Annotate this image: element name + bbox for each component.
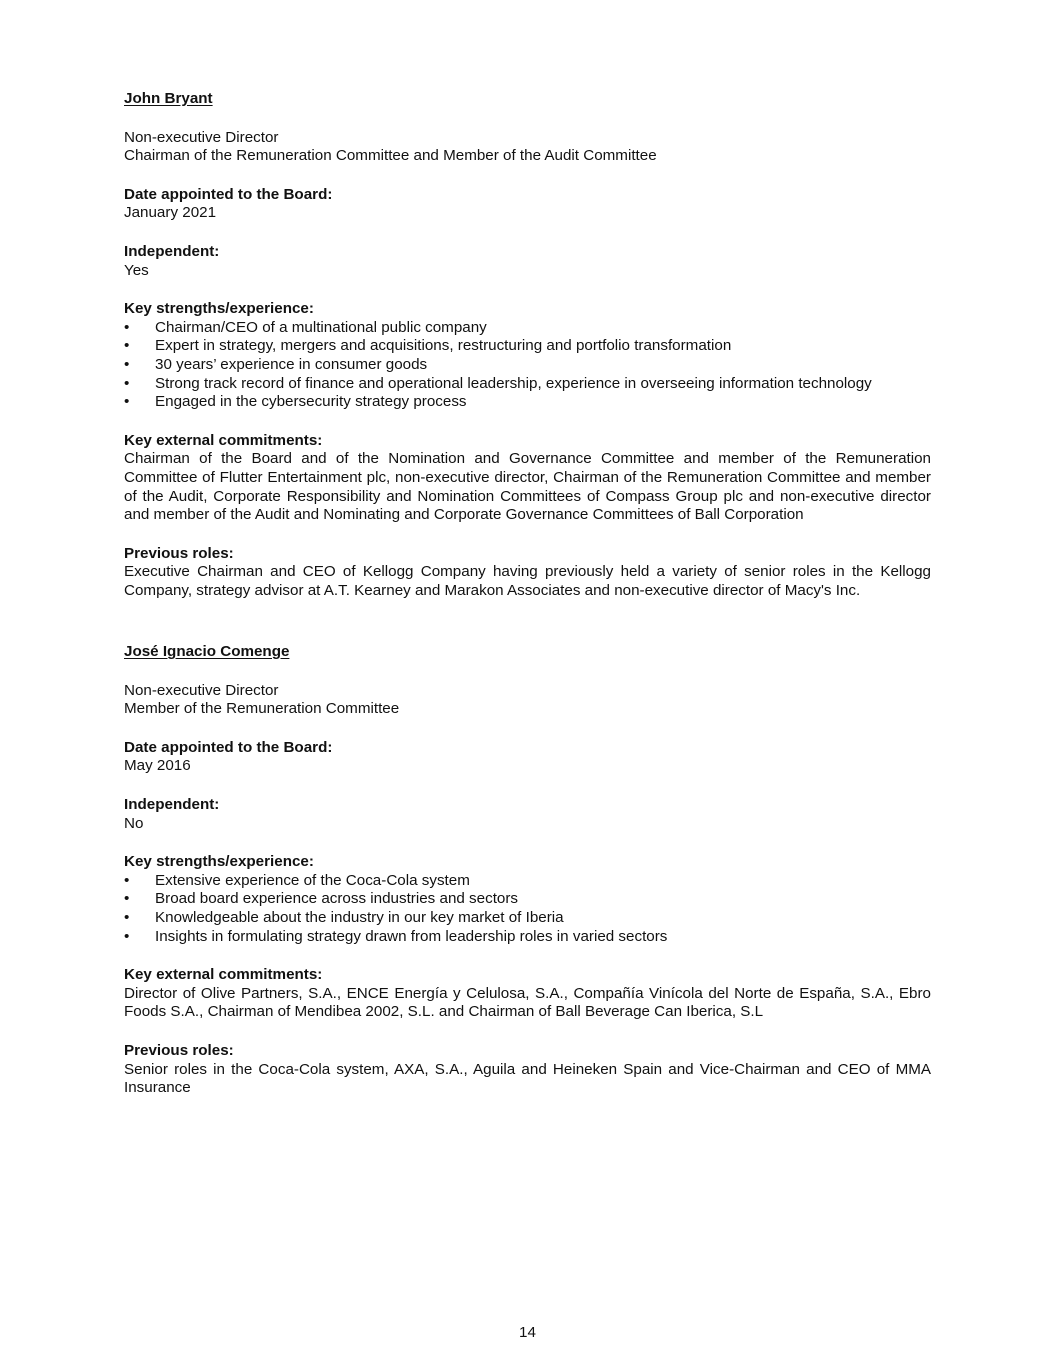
bullet-icon: • xyxy=(124,337,129,356)
list-item-text: Chairman/CEO of a multinational public c… xyxy=(155,319,487,336)
bullet-icon: • xyxy=(124,375,129,394)
bullet-icon: • xyxy=(124,909,129,928)
bullet-icon: • xyxy=(124,872,129,891)
independent-label: Independent: xyxy=(124,243,931,262)
previous-roles-text: Senior roles in the Coca-Cola system, AX… xyxy=(124,1061,931,1098)
list-item: •Chairman/CEO of a multinational public … xyxy=(124,319,931,338)
list-item: •Knowledgeable about the industry in our… xyxy=(124,909,931,928)
previous-roles-label: Previous roles: xyxy=(124,545,931,564)
list-item-text: Strong track record of finance and opera… xyxy=(155,375,872,392)
bullet-icon: • xyxy=(124,890,129,909)
independent-label: Independent: xyxy=(124,796,931,815)
list-item: •Engaged in the cybersecurity strategy p… xyxy=(124,393,931,412)
list-item: •Insights in formulating strategy drawn … xyxy=(124,928,931,947)
list-item-text: Broad board experience across industries… xyxy=(155,890,518,907)
list-item-text: Knowledgeable about the industry in our … xyxy=(155,909,564,926)
date-appointed-value: May 2016 xyxy=(124,757,931,776)
bullet-icon: • xyxy=(124,319,129,338)
list-item-text: Engaged in the cybersecurity strategy pr… xyxy=(155,393,467,410)
external-commitments-label: Key external commitments: xyxy=(124,432,931,451)
role-line: Chairman of the Remuneration Committee a… xyxy=(124,147,931,166)
bullet-icon: • xyxy=(124,928,129,947)
role-line: Non-executive Director xyxy=(124,129,931,148)
external-commitments-section: Key external commitments: Director of Ol… xyxy=(124,966,931,1022)
previous-roles-section: Previous roles: Executive Chairman and C… xyxy=(124,545,931,601)
bullet-icon: • xyxy=(124,356,129,375)
external-commitments-label: Key external commitments: xyxy=(124,966,931,985)
key-strengths-list: •Extensive experience of the Coca-Cola s… xyxy=(124,872,931,946)
external-commitments-section: Key external commitments: Chairman of th… xyxy=(124,432,931,525)
list-item: •Extensive experience of the Coca-Cola s… xyxy=(124,872,931,891)
date-appointed-label: Date appointed to the Board: xyxy=(124,186,931,205)
date-appointed-section: Date appointed to the Board: January 202… xyxy=(124,186,931,223)
director-name: José Ignacio Comenge xyxy=(124,643,931,662)
key-strengths-label: Key strengths/experience: xyxy=(124,853,931,872)
external-commitments-text: Director of Olive Partners, S.A., ENCE E… xyxy=(124,985,931,1022)
director-roles: Non-executive Director Member of the Rem… xyxy=(124,682,931,719)
list-item-text: Extensive experience of the Coca-Cola sy… xyxy=(155,872,470,889)
key-strengths-section: Key strengths/experience: •Extensive exp… xyxy=(124,853,931,946)
external-commitments-text: Chairman of the Board and of the Nominat… xyxy=(124,450,931,524)
independent-section: Independent: Yes xyxy=(124,243,931,280)
previous-roles-section: Previous roles: Senior roles in the Coca… xyxy=(124,1042,931,1098)
list-item: •30 years’ experience in consumer goods xyxy=(124,356,931,375)
list-item-text: Expert in strategy, mergers and acquisit… xyxy=(155,337,731,354)
list-item: •Expert in strategy, mergers and acquisi… xyxy=(124,337,931,356)
role-line: Non-executive Director xyxy=(124,682,931,701)
list-item: •Strong track record of finance and oper… xyxy=(124,375,931,394)
director-profile-john-bryant: John Bryant Non-executive Director Chair… xyxy=(124,90,931,600)
list-item-text: 30 years’ experience in consumer goods xyxy=(155,356,427,373)
date-appointed-section: Date appointed to the Board: May 2016 xyxy=(124,739,931,776)
independent-value: Yes xyxy=(124,262,931,281)
date-appointed-value: January 2021 xyxy=(124,204,931,223)
date-appointed-label: Date appointed to the Board: xyxy=(124,739,931,758)
list-item-text: Insights in formulating strategy drawn f… xyxy=(155,928,667,945)
director-profile-jose-ignacio-comenge: José Ignacio Comenge Non-executive Direc… xyxy=(124,643,931,1098)
page-number: 14 xyxy=(0,1324,1055,1343)
independent-section: Independent: No xyxy=(124,796,931,833)
previous-roles-text: Executive Chairman and CEO of Kellogg Co… xyxy=(124,563,931,600)
list-item: •Broad board experience across industrie… xyxy=(124,890,931,909)
previous-roles-label: Previous roles: xyxy=(124,1042,931,1061)
role-line: Member of the Remuneration Committee xyxy=(124,700,931,719)
independent-value: No xyxy=(124,815,931,834)
key-strengths-section: Key strengths/experience: •Chairman/CEO … xyxy=(124,300,931,412)
bullet-icon: • xyxy=(124,393,129,412)
key-strengths-list: •Chairman/CEO of a multinational public … xyxy=(124,319,931,412)
director-name: John Bryant xyxy=(124,90,931,109)
key-strengths-label: Key strengths/experience: xyxy=(124,300,931,319)
director-roles: Non-executive Director Chairman of the R… xyxy=(124,129,931,166)
